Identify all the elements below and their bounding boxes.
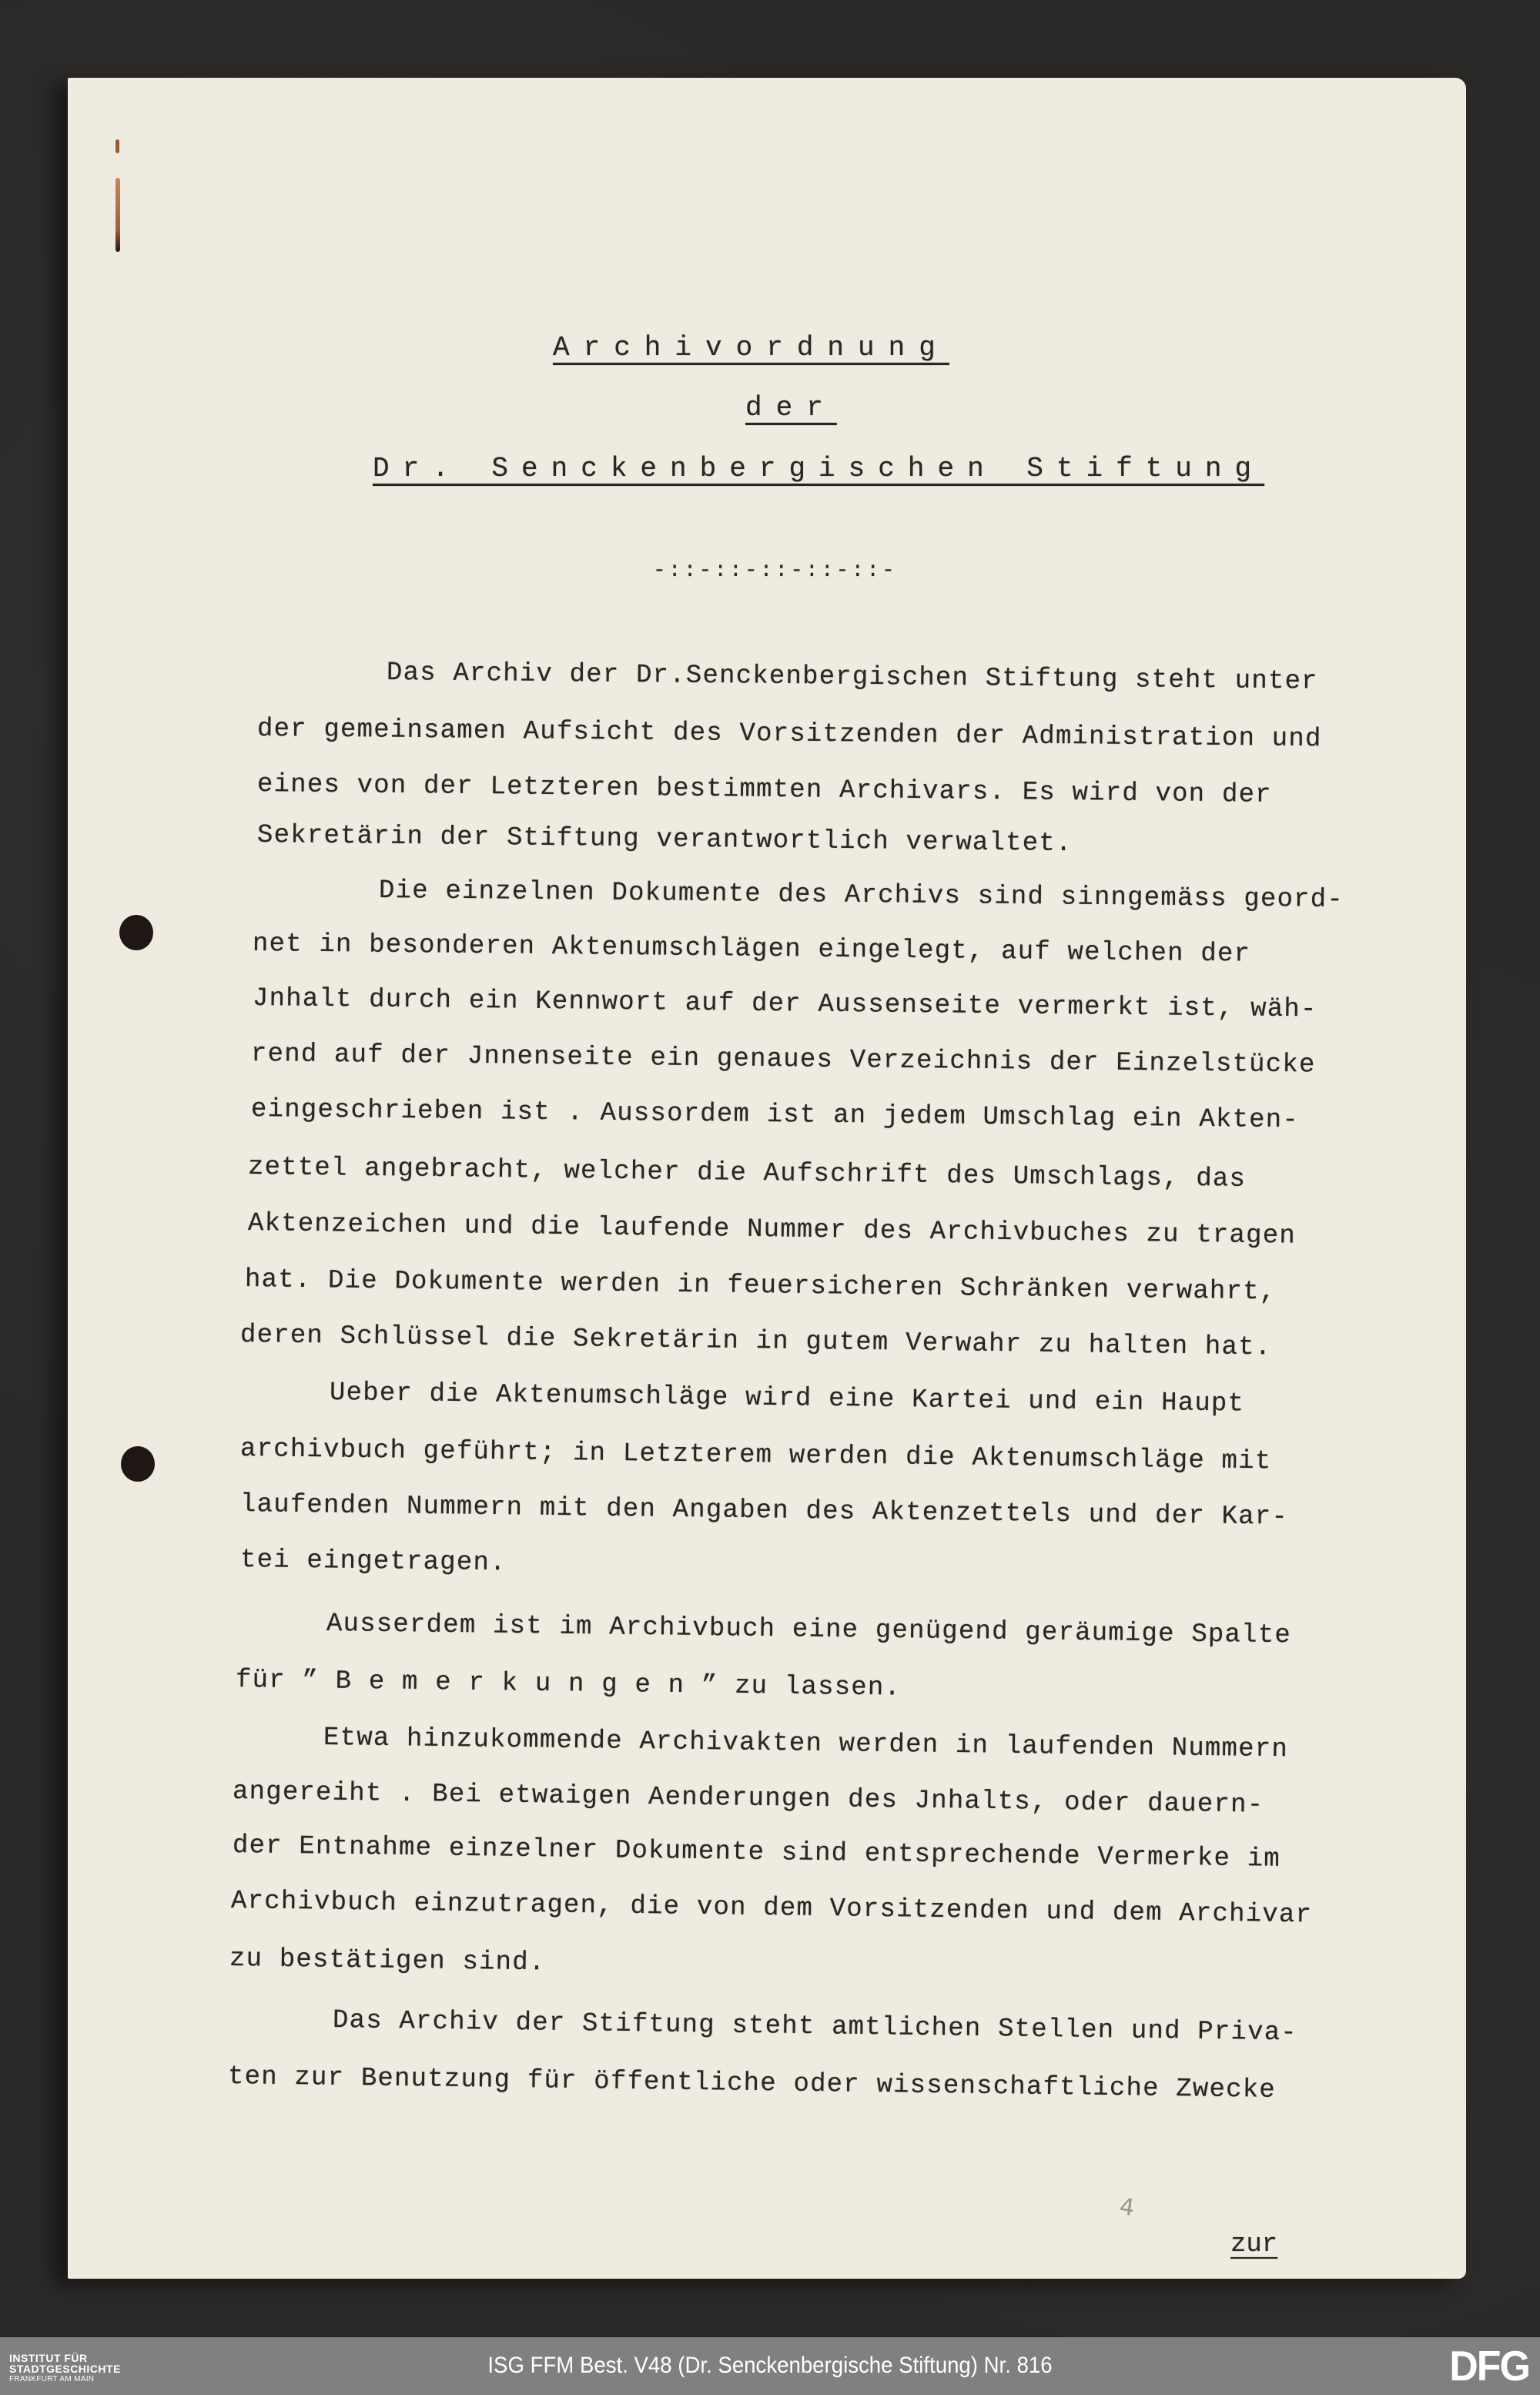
body-text-line: eingeschrieben ist . Aussordem ist an je…	[251, 1095, 1299, 1135]
body-text-line: Ausserdem ist im Archivbuch eine genügen…	[326, 1610, 1291, 1650]
document-title-connector: der	[745, 392, 837, 424]
section-divider: -::-::-::-::-::-	[653, 559, 897, 583]
punch-hole-icon	[119, 915, 153, 950]
body-text-line: Jnhalt durch ein Kennwort auf der Aussen…	[253, 984, 1317, 1024]
body-text-line: eines von der Letzteren bestimmten Archi…	[257, 770, 1272, 810]
body-text-line: für ” B e m e r k u n g e n ” zu lassen.	[236, 1666, 902, 1703]
body-text-line: rend auf der Jnnenseite ein genaues Verz…	[251, 1040, 1316, 1080]
body-text-line: Ueber die Aktenumschläge wird eine Karte…	[330, 1378, 1245, 1419]
body-text-line: deren Schlüssel die Sekretärin in gutem …	[240, 1321, 1272, 1362]
pencil-annotation: 4	[1118, 2193, 1137, 2222]
dfg-logo: DFG	[1449, 2346, 1529, 2388]
body-text-line: Aktenzeichen und die laufende Nummer des…	[248, 1209, 1296, 1251]
body-text-line: Das Archiv der Dr.Senckenbergischen Stif…	[387, 658, 1318, 697]
body-text-line: archivbuch geführt; in Letzterem werden …	[240, 1435, 1272, 1476]
document-page: Archivordnung der Dr. Senckenbergischen …	[68, 78, 1466, 2279]
body-text-line: ten zur Benutzung für öffentliche oder w…	[228, 2062, 1276, 2105]
document-subtitle: Dr. Senckenbergischen Stiftung	[373, 453, 1264, 484]
footer-bar: INSTITUT FÜR STADTGESCHICHTE FRANKFURT A…	[0, 2337, 1540, 2395]
body-text-line: zettel angebracht, welcher die Aufschrif…	[248, 1153, 1247, 1194]
body-text-line: Archivbuch einzutragen, die von dem Vors…	[231, 1887, 1313, 1930]
body-text-line: net in besonderen Aktenumschlägen eingel…	[253, 930, 1251, 970]
punch-hole-icon	[121, 1446, 155, 1482]
body-text-line: der Entnahme einzelner Dokumente sind en…	[233, 1831, 1281, 1874]
body-text-line: zu bestätigen sind.	[229, 1944, 546, 1978]
body-text-line: Die einzelnen Dokumente des Archivs sind…	[379, 876, 1344, 915]
body-text-line: laufenden Nummern mit den Angaben des Ak…	[240, 1490, 1288, 1532]
body-text-line: hat. Die Dokumente werden in feuersicher…	[245, 1265, 1277, 1307]
body-text-line: Etwa hinzukommende Archivakten werden in…	[323, 1723, 1288, 1764]
rust-staple-mark	[114, 139, 120, 252]
catchword: zur	[1230, 2230, 1277, 2259]
body-text-line: Sekretärin der Stiftung verantwortlich v…	[257, 821, 1073, 859]
body-text-line: tei eingetragen.	[240, 1546, 507, 1578]
body-text-line: angereiht . Bei etwaigen Aenderungen des…	[233, 1777, 1264, 1821]
body-text-line: der gemeinsamen Aufsicht des Vorsitzende…	[257, 715, 1322, 754]
archive-reference-caption: ISG FFM Best. V48 (Dr. Senckenbergische …	[62, 2353, 1478, 2379]
body-text-line: Das Archiv der Stiftung steht amtlichen …	[333, 2006, 1297, 2048]
document-title: Archivordnung	[553, 332, 949, 363]
